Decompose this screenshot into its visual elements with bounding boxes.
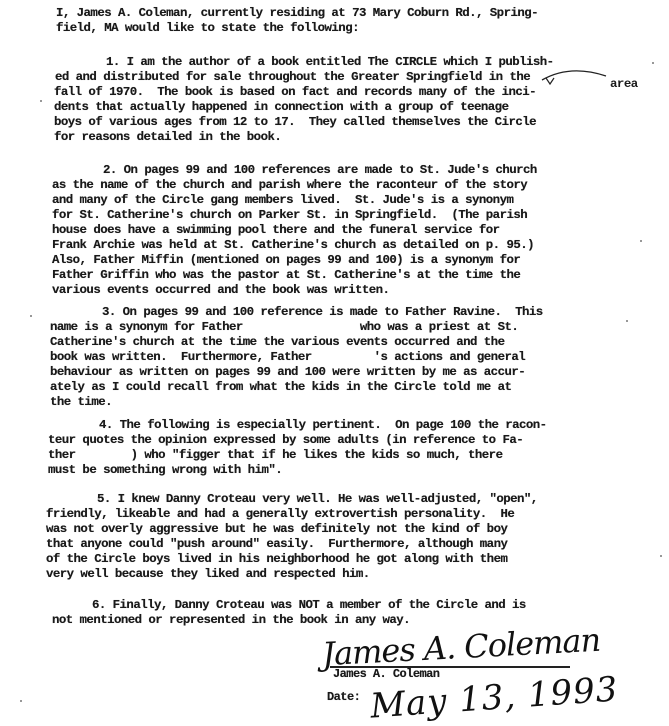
paragraph-3-line: Catherine's church at the time the vario…	[50, 335, 504, 349]
paragraph-2-line: Also, Father Miffin (mentioned on pages …	[52, 253, 520, 267]
paragraph-5-line: that anyone could "push around" easily. …	[46, 537, 507, 551]
intro-line: field, MA would like to state the follow…	[56, 21, 359, 35]
paragraph-1-line: 1. I am the author of a book entitled Th…	[106, 55, 554, 69]
paragraph-2-line: as the name of the church and parish whe…	[52, 178, 527, 192]
paragraph-5-line: friendly, likeable and had a generally e…	[46, 507, 514, 521]
paragraph-6-line: 6. Finally, Danny Croteau was NOT a memb…	[92, 598, 526, 612]
paragraph-3-line: behaviour as written on pages 99 and 100…	[50, 365, 525, 379]
paragraph-3-line: name is a synonym for Father who was a p…	[50, 320, 518, 334]
affidavit-page: I, James A. Coleman, currently residing …	[0, 0, 669, 726]
paragraph-4-line: teur quotes the opinion expressed by som…	[48, 433, 523, 447]
paragraph-2-line: for St. Catherine's church on Parker St.…	[52, 208, 527, 222]
paragraph-2-line: various events occurred and the book was…	[52, 283, 389, 297]
scan-speck	[640, 240, 642, 242]
paragraph-5-line: very well because they liked and respect…	[46, 567, 370, 581]
paragraph-5-line: of the Circle boys lived in his neighbor…	[46, 552, 507, 566]
paragraph-5-line: 5. I knew Danny Croteau very well. He wa…	[97, 492, 538, 506]
insertion-mark-icon	[540, 66, 610, 86]
scan-speck	[30, 315, 32, 317]
paragraph-6-line: not mentioned or represented in the book…	[52, 613, 410, 627]
paragraph-2-line: and many of the Circle gang members live…	[52, 193, 513, 207]
paragraph-1-line: boys of various ages from 12 to 17. They…	[54, 115, 536, 129]
paragraph-3-line: ately as I could recall from what the ki…	[50, 380, 511, 394]
paragraph-3-line: 3. On pages 99 and 100 reference is made…	[102, 305, 543, 319]
handwritten-insert-note: area	[610, 77, 638, 91]
date-label: Date:	[327, 690, 360, 704]
paragraph-4-line: ther ) who "figger that if he likes the …	[48, 448, 502, 462]
scan-speck	[626, 320, 628, 322]
paragraph-1-line: dents that actually happened in connecti…	[54, 100, 508, 114]
scan-speck	[20, 700, 22, 702]
paragraph-1-line: fall of 1970. The book is based on fact …	[54, 85, 536, 99]
paragraph-5-line: was not overly aggressive but he was def…	[46, 522, 507, 536]
intro-line: I, James A. Coleman, currently residing …	[56, 6, 538, 20]
typed-signer-name: James A. Coleman	[333, 667, 439, 681]
paragraph-4-line: must be something wrong with him".	[48, 463, 282, 477]
scan-speck	[660, 555, 662, 557]
paragraph-1-line: for reasons detailed in the book.	[54, 130, 281, 144]
scan-speck	[652, 62, 654, 64]
scan-speck	[40, 100, 42, 102]
paragraph-2-line: house does have a swimming pool there an…	[52, 223, 500, 237]
paragraph-2-line: Frank Archie was held at St. Catherine's…	[52, 238, 534, 252]
paragraph-3-line: book was written. Furthermore, Father 's…	[50, 350, 525, 364]
paragraph-2-line: Father Griffin who was the pastor at St.…	[52, 268, 520, 282]
paragraph-2-line: 2. On pages 99 and 100 references are ma…	[103, 163, 537, 177]
paragraph-1-line: ed and distributed for sale throughout t…	[55, 70, 530, 84]
paragraph-3-line: the time.	[50, 395, 112, 409]
paragraph-4-line: 4. The following is especially pertinent…	[99, 418, 547, 432]
